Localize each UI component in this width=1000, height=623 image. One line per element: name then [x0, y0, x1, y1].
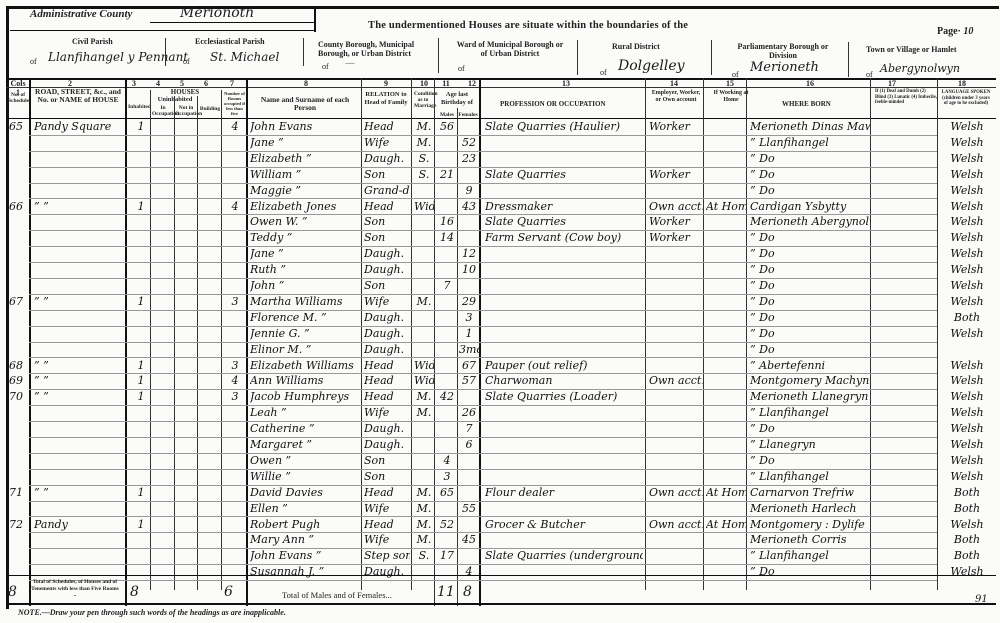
table-row: Florence M. ”Daugh.3” DoBoth — [0, 311, 1000, 327]
male-age: 16 — [437, 215, 457, 228]
language-spoken: Welsh — [941, 120, 993, 133]
person-name: Elizabeth Jones — [250, 200, 360, 213]
employment-status: Own acct. — [649, 518, 703, 531]
table-row: John ”Son7” DoWelsh — [0, 279, 1000, 295]
female-age: 29 — [459, 295, 479, 308]
schedule-number: 70 — [9, 390, 29, 403]
road-name: ” ” — [34, 390, 124, 403]
male-age: 14 — [437, 231, 457, 244]
employment-status: Own acct. — [649, 486, 703, 499]
rural-district-label: Rural District — [612, 42, 660, 51]
person-name: Teddy ” — [250, 231, 360, 244]
marriage-condition: M. — [414, 390, 434, 403]
where-born: ” Llanfihangel — [750, 470, 870, 483]
where-born: Merioneth Corris — [750, 533, 870, 546]
marriage-condition: M. — [414, 295, 434, 308]
table-row: Jane ”WifeM.52” LlanfihangelWelsh — [0, 136, 1000, 152]
not-in-occupation-header: Not in Occupation — [175, 105, 197, 117]
person-name: Leah ” — [250, 406, 360, 419]
employment-status: Worker — [649, 120, 703, 133]
col-number: 11 — [440, 79, 452, 88]
where-born: ” Llanfihangel — [750, 136, 870, 149]
table-row: Jane ”Daugh.12” DoWelsh — [0, 247, 1000, 263]
language-spoken: Welsh — [941, 279, 993, 292]
employment-status: Worker — [649, 231, 703, 244]
where-born: ” Do — [750, 565, 870, 578]
schedules-total: 8 — [8, 584, 17, 600]
person-name: Jennie G. ” — [250, 327, 360, 340]
occupation: Dressmaker — [485, 200, 643, 213]
header-divider — [303, 38, 304, 66]
employment-status: Worker — [649, 168, 703, 181]
person-name: Jacob Humphreys — [250, 390, 360, 403]
name-header: Name and Surname of each Person — [255, 96, 355, 112]
civil-parish-label: Civil Parish — [72, 37, 113, 46]
male-age: 42 — [437, 390, 457, 403]
occupation-header: PROFESSION OR OCCUPATION — [500, 100, 606, 108]
table-row: Catherine ”Daugh.7” DoWelsh — [0, 422, 1000, 438]
road-name: ” ” — [34, 359, 124, 372]
relation-to-head: Wife — [364, 533, 410, 546]
ecclesiastical-parish-label: Ecclesiastical Parish — [195, 37, 265, 46]
female-age: 52 — [459, 136, 479, 149]
col-number: 18 — [956, 79, 968, 88]
administrative-county-value: Merionoth — [180, 5, 254, 21]
col-number: 14 — [668, 79, 680, 88]
table-row: Willie ”Son3” LlanfihangelWelsh — [0, 470, 1000, 486]
road-name: ” ” — [34, 374, 124, 387]
person-name: Robert Pugh — [250, 518, 360, 531]
row-rule — [29, 580, 937, 581]
males-header: Males — [438, 112, 456, 118]
female-age: 55 — [459, 502, 479, 515]
relation-to-head: Daugh. — [364, 438, 410, 451]
female-age: 45 — [459, 533, 479, 546]
relation-to-head: Head — [364, 200, 410, 213]
relation-to-head: Head — [364, 486, 410, 499]
male-age: 21 — [437, 168, 457, 181]
language-spoken: Welsh — [941, 184, 993, 197]
table-row: Elizabeth ”Daugh.S.23” DoWelsh — [0, 152, 1000, 168]
where-born: ” Llanfihangel — [750, 549, 870, 562]
relation-to-head: Wife — [364, 295, 410, 308]
female-age: 3mo — [459, 343, 479, 356]
inhabited-count: 1 — [133, 374, 149, 387]
language-spoken: Both — [941, 533, 993, 546]
header-divider — [848, 42, 849, 77]
where-born: Montgomery Machynlleth — [750, 374, 870, 387]
col-number: 13 — [560, 79, 572, 88]
relation-to-head: Son — [364, 454, 410, 467]
females-total: 8 — [463, 584, 472, 600]
schedule-number: 65 — [9, 120, 29, 133]
where-born: ” Do — [750, 327, 870, 340]
county-borough-value: — — [345, 58, 355, 69]
parliamentary-label: Parliamentary Borough or Division — [733, 42, 833, 60]
person-name: Owen ” — [250, 454, 360, 467]
relation-to-head: Grand-daugh. — [364, 184, 410, 197]
inhabited-header: Inhabited — [128, 104, 150, 110]
header-divider — [165, 38, 166, 66]
working-at-home: At Home — [706, 518, 746, 531]
schedule-number: 66 — [9, 200, 29, 213]
language-spoken: Welsh — [941, 263, 993, 276]
marriage-condition: M. — [414, 120, 434, 133]
rooms-total: 6 — [224, 584, 233, 600]
where-born: ” Do — [750, 168, 870, 181]
where-born: ” Abertefenni — [750, 359, 870, 372]
relation-to-head: Head — [364, 518, 410, 531]
language-spoken: Welsh — [941, 422, 993, 435]
language-spoken: Welsh — [941, 390, 993, 403]
female-age: 67 — [459, 359, 479, 372]
rural-district-of: of — [600, 68, 607, 77]
marriage-condition: Wid. — [414, 374, 434, 387]
females-header: Females — [458, 112, 478, 118]
col-number: 4 — [152, 79, 164, 88]
rooms-header: Number of Rooms occupied if less than fi… — [223, 91, 246, 116]
relation-to-head: Head — [364, 120, 410, 133]
census-page: Administrative County Merionoth The unde… — [0, 0, 1000, 623]
header-divider — [711, 40, 712, 75]
marriage-condition: M. — [414, 518, 434, 531]
marriage-condition: Wid. — [414, 359, 434, 372]
language-spoken: Welsh — [941, 565, 993, 578]
relation-to-head: Wife — [364, 502, 410, 515]
relation-to-head: Daugh. — [364, 327, 410, 340]
town-value: Abergynolwyn — [880, 62, 960, 75]
female-age: 57 — [459, 374, 479, 387]
where-born: ” Do — [750, 263, 870, 276]
col-number: 16 — [804, 79, 816, 88]
marriage-condition: M. — [414, 502, 434, 515]
language-spoken: Welsh — [941, 327, 993, 340]
table-row: 67” ”13Martha WilliamsWifeM.29” DoWelsh — [0, 295, 1000, 311]
marriage-condition: Wid. — [414, 200, 434, 213]
in-occupation-header: In Occupation — [152, 105, 174, 117]
table-row: 71” ”1David DaviesHeadM.65Flour dealerOw… — [0, 486, 1000, 502]
working-at-home: At Home — [706, 486, 746, 499]
rooms-count: 3 — [226, 295, 244, 308]
persons-total-label: Total of Males and of Females... — [282, 590, 392, 600]
relation-to-head: Wife — [364, 406, 410, 419]
person-name: Ellen ” — [250, 502, 360, 515]
table-row: Leah ”WifeM.26” LlanfihangelWelsh — [0, 406, 1000, 422]
col-number: 9 — [380, 79, 392, 88]
road-name: ” ” — [34, 486, 124, 499]
ward-label: Ward of Municipal Borough or of Urban Di… — [455, 40, 565, 58]
where-born: ” Do — [750, 247, 870, 260]
female-age: 9 — [459, 184, 479, 197]
person-name: Ann Williams — [250, 374, 360, 387]
female-age: 3 — [459, 311, 479, 324]
language-spoken: Both — [941, 311, 993, 324]
road-header: ROAD, STREET, &c., and No. or NAME of HO… — [32, 88, 124, 104]
person-name: Elizabeth ” — [250, 152, 360, 165]
administrative-county-label: Administrative County — [30, 8, 132, 20]
schedule-header: No. of Schedule — [8, 92, 28, 104]
language-spoken: Welsh — [941, 359, 993, 372]
language-spoken: Welsh — [941, 168, 993, 181]
language-spoken: Both — [941, 486, 993, 499]
table-row: 65Pandy Square14John EvansHeadM.56Slate … — [0, 120, 1000, 136]
schedule-number: 71 — [9, 486, 29, 499]
schedule-number: 68 — [9, 359, 29, 372]
table-row: Margaret ”Daugh.6” LlanegrynWelsh — [0, 438, 1000, 454]
table-row: Jennie G. ”Daugh.1” DoWelsh — [0, 327, 1000, 343]
county-borough-of: of — [322, 62, 329, 71]
inhabited-count: 1 — [133, 486, 149, 499]
language-spoken: Welsh — [941, 152, 993, 165]
table-row: 66” ”14Elizabeth JonesHeadWid.43Dressmak… — [0, 200, 1000, 216]
marriage-condition: M. — [414, 486, 434, 499]
where-born-header: WHERE BORN — [782, 100, 831, 108]
employment-status: Own acct. — [649, 200, 703, 213]
relation-to-head: Wife — [364, 136, 410, 149]
male-age: 7 — [437, 279, 457, 292]
page-number: 10 — [963, 26, 973, 37]
inhabited-count: 1 — [133, 295, 149, 308]
col-number: 10 — [418, 79, 430, 88]
person-name: Maggie ” — [250, 184, 360, 197]
male-age: 17 — [437, 549, 457, 562]
where-born: ” Do — [750, 343, 870, 356]
schedules-total-label: Total of Schedules, of Houses and of Ten… — [30, 579, 120, 599]
female-age: 43 — [459, 200, 479, 213]
table-row: 69” ”14Ann WilliamsHeadWid.57CharwomanOw… — [0, 374, 1000, 390]
county-box-bottom — [10, 30, 316, 31]
schedule-number: 69 — [9, 374, 29, 387]
female-age: 6 — [459, 438, 479, 451]
male-age: 52 — [437, 518, 457, 531]
ward-of: of — [458, 64, 465, 73]
relation-to-head: Son — [364, 168, 410, 181]
relation-to-head: Daugh. — [364, 263, 410, 276]
female-age: 12 — [459, 247, 479, 260]
col-number: 12 — [466, 79, 478, 88]
person-name: Ruth ” — [250, 263, 360, 276]
table-row: Ruth ”Daugh.10” DoWelsh — [0, 263, 1000, 279]
infirmity-header: If (1) Deaf and Dumb (2) Blind (3) Lunat… — [875, 89, 937, 106]
occupation: Pauper (out relief) — [485, 359, 643, 372]
female-age: 1 — [459, 327, 479, 340]
footer-note: NOTE.—Draw your pen through such words o… — [18, 608, 286, 617]
male-age: 56 — [437, 120, 457, 133]
where-born: Merioneth Abergynolwyn — [750, 215, 870, 228]
person-name: Jane ” — [250, 136, 360, 149]
where-born: ” Do — [750, 184, 870, 197]
col-number: 7 — [226, 79, 238, 88]
col-number: 5 — [176, 79, 188, 88]
person-name: David Davies — [250, 486, 360, 499]
inhabited-count: 1 — [133, 120, 149, 133]
totals-bottom-line — [6, 603, 996, 605]
ecclesiastical-parish-of: of — [183, 57, 190, 66]
table-row: Ellen ”WifeM.55Merioneth HarlechBoth — [0, 502, 1000, 518]
col-number: 3 — [128, 79, 140, 88]
male-age: 3 — [437, 470, 457, 483]
houses-header: HOUSES — [150, 88, 220, 96]
county-underline — [150, 22, 315, 23]
female-age: 26 — [459, 406, 479, 419]
language-spoken: Welsh — [941, 295, 993, 308]
relation-to-head: Head — [364, 374, 410, 387]
person-name: John ” — [250, 279, 360, 292]
column-header-bottom — [6, 118, 996, 119]
males-total: 11 — [437, 584, 455, 600]
relation-to-head: Daugh. — [364, 565, 410, 578]
language-spoken: Welsh — [941, 406, 993, 419]
table-row: Owen W. ”Son16Slate QuarriesWorkerMerion… — [0, 215, 1000, 231]
marriage-condition: M. — [414, 533, 434, 546]
where-born: Merioneth Dinas Mawddwy — [750, 120, 870, 133]
totals-top-line — [6, 575, 996, 576]
county-box-edge — [314, 8, 316, 32]
language-spoken: Welsh — [941, 247, 993, 260]
road-name: ” ” — [34, 200, 124, 213]
employer-header: Employer, Worker, or Own account — [650, 90, 702, 104]
person-name: Jane ” — [250, 247, 360, 260]
rooms-count: 4 — [226, 200, 244, 213]
uninhabited-header: Uninhabited — [152, 96, 198, 103]
where-born: ” Llanegryn — [750, 438, 870, 451]
language-spoken: Both — [941, 549, 993, 562]
where-born: Merioneth Llanegryn — [750, 390, 870, 403]
where-born: Montgomery : Dylife — [750, 518, 870, 531]
table-row: Susannah J. ”Daugh.4” DoWelsh — [0, 565, 1000, 581]
relation-to-head: Head — [364, 359, 410, 372]
relation-to-head: Son — [364, 215, 410, 228]
where-born: ” Do — [750, 231, 870, 244]
relation-to-head: Head — [364, 390, 410, 403]
language-spoken: Welsh — [941, 518, 993, 531]
male-age: 65 — [437, 486, 457, 499]
language-spoken: Welsh — [941, 454, 993, 467]
condition-header: Condition as to Marriage — [414, 91, 432, 109]
ecclesiastical-parish-value: St. Michael — [210, 50, 279, 64]
rural-district-value: Dolgelley — [618, 58, 685, 74]
occupation: Slate Quarries — [485, 215, 643, 228]
language-spoken: Welsh — [941, 470, 993, 483]
male-age: 4 — [437, 454, 457, 467]
at-home-header: If Working at Home — [712, 90, 750, 104]
table-row: Owen ”Son4” DoWelsh — [0, 454, 1000, 470]
person-name: Margaret ” — [250, 438, 360, 451]
relation-to-head: Daugh. — [364, 152, 410, 165]
where-born: ” Do — [750, 422, 870, 435]
person-name: Owen W. ” — [250, 215, 360, 228]
header-divider — [438, 38, 439, 73]
working-at-home: At Home — [706, 200, 746, 213]
relation-to-head: Daugh. — [364, 343, 410, 356]
boundaries-heading: The undermentioned Houses are situate wi… — [368, 20, 688, 31]
road-name: Pandy — [34, 518, 124, 531]
schedule-number: 72 — [9, 518, 29, 531]
where-born: Merioneth Harlech — [750, 502, 870, 515]
language-spoken: Welsh — [941, 438, 993, 451]
person-name: John Evans — [250, 120, 360, 133]
person-name: William ” — [250, 168, 360, 181]
relation-to-head: Step son — [364, 549, 410, 562]
female-age: 10 — [459, 263, 479, 276]
where-born: ” Do — [750, 152, 870, 165]
person-name: Willie ” — [250, 470, 360, 483]
where-born: ” Do — [750, 311, 870, 324]
table-row: 72Pandy1Robert PughHeadM.52Grocer & Butc… — [0, 518, 1000, 534]
col-number: 6 — [200, 79, 212, 88]
table-row: Elinor M. ”Daugh.3mo” Do — [0, 343, 1000, 359]
occupation: Slate Quarries (Loader) — [485, 390, 643, 403]
female-age: 7 — [459, 422, 479, 435]
employment-status: Worker — [649, 215, 703, 228]
person-name: Catherine ” — [250, 422, 360, 435]
table-row: Mary Ann ”WifeM.45Merioneth CorrisBoth — [0, 533, 1000, 549]
page-label: Page· 10 — [937, 26, 973, 37]
rooms-count: 3 — [226, 390, 244, 403]
language-spoken: Welsh — [941, 200, 993, 213]
table-row: Teddy ”Son14Farm Servant (Cow boy)Worker… — [0, 231, 1000, 247]
female-age: 23 — [459, 152, 479, 165]
occupation: Slate Quarries (Haulier) — [485, 120, 643, 133]
occupation: Grocer & Butcher — [485, 518, 643, 531]
person-name: Elizabeth Williams — [250, 359, 360, 372]
inhabited-count: 1 — [133, 518, 149, 531]
person-name: Susannah J. ” — [250, 565, 360, 578]
person-name: Mary Ann ” — [250, 533, 360, 546]
relation-to-head: Daugh. — [364, 422, 410, 435]
language-spoken: Welsh — [941, 374, 993, 387]
schedule-number: 67 — [9, 295, 29, 308]
relation-to-head: Daugh. — [364, 311, 410, 324]
where-born: ” Do — [750, 295, 870, 308]
language-spoken: Both — [941, 502, 993, 515]
table-row: 70” ”13Jacob HumphreysHeadM.42Slate Quar… — [0, 390, 1000, 406]
rooms-count: 4 — [226, 374, 244, 387]
inhabited-count: 1 — [133, 390, 149, 403]
person-name: Florence M. ” — [250, 311, 360, 324]
relation-to-head: Daugh. — [364, 247, 410, 260]
occupation: Farm Servant (Cow boy) — [485, 231, 643, 244]
header-divider — [577, 40, 578, 75]
road-name: ” ” — [34, 295, 124, 308]
where-born: ” Do — [750, 279, 870, 292]
person-name: Elinor M. ” — [250, 343, 360, 356]
rooms-count: 4 — [226, 120, 244, 133]
occupation: Slate Quarries (underground) — [485, 549, 643, 562]
civil-parish-of: of — [30, 57, 37, 66]
occupation: Flour dealer — [485, 486, 643, 499]
age-header: Age last Birthday of — [436, 91, 478, 106]
where-born: ” Do — [750, 454, 870, 467]
marriage-condition: S. — [414, 168, 434, 181]
relation-header: RELATION to Head of Family — [362, 91, 410, 106]
corner-mark: 91 — [975, 594, 988, 605]
county-borough-label: County Borough, Municipal Borough, or Ur… — [318, 40, 428, 58]
relation-to-head: Son — [364, 470, 410, 483]
road-name: Pandy Square — [34, 120, 124, 133]
col-number: 15 — [724, 79, 736, 88]
language-header: LANGUAGE SPOKEN (children under 3 years … — [940, 90, 992, 107]
parliamentary-value: Merioneth — [750, 60, 819, 75]
town-label: Town or Village or Hamlet — [866, 45, 957, 54]
occupation: Slate Quarries — [485, 168, 643, 181]
where-born: ” Llanfihangel — [750, 406, 870, 419]
inhabited-total: 8 — [130, 584, 139, 600]
employment-status: Own acct. — [649, 374, 703, 387]
building-header: Building — [199, 106, 221, 112]
marriage-condition: S. — [414, 152, 434, 165]
where-born: Carnarvon Trefriw — [750, 486, 870, 499]
